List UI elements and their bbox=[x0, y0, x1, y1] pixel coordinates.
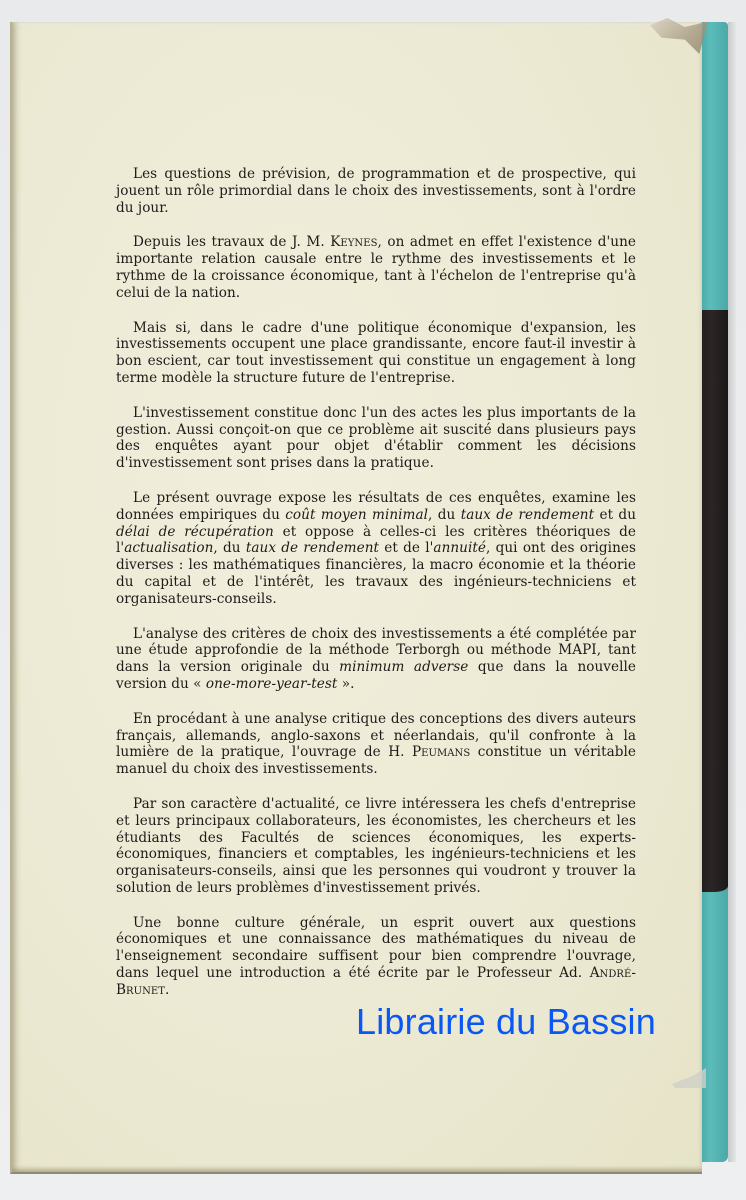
text-segment: Par son caractère d'actualité, ce livre … bbox=[116, 796, 636, 896]
text-segment: et du bbox=[594, 507, 636, 523]
text-segment: . bbox=[165, 982, 169, 998]
emphasis-text: minimum adverse bbox=[339, 659, 468, 675]
spine-shadow-edge bbox=[728, 22, 736, 1162]
author-name: Keynes bbox=[330, 234, 377, 250]
text-segment: Les questions de prévision, de programma… bbox=[116, 166, 636, 216]
emphasis-text: délai de récupération bbox=[116, 524, 274, 540]
blurb-paragraph: Depuis les travaux de J. M. Keynes, on a… bbox=[116, 234, 636, 301]
blurb-paragraph: Une bonne culture générale, un esprit ou… bbox=[116, 915, 636, 999]
bookseller-watermark: Librairie du Bassin bbox=[356, 1000, 656, 1044]
emphasis-text: annuité bbox=[433, 540, 486, 556]
text-segment: L'investissement constitue donc l'un des… bbox=[116, 405, 636, 471]
blurb-paragraph: En procédant à une analyse critique des … bbox=[116, 711, 636, 778]
emphasis-text: actualisation bbox=[124, 540, 213, 556]
emphasis-text: taux de rendement bbox=[246, 540, 379, 556]
text-segment: Une bonne culture générale, un esprit ou… bbox=[116, 915, 636, 981]
text-segment: , du bbox=[213, 540, 245, 556]
blurb-paragraph: Mais si, dans le cadre d'une politique é… bbox=[116, 320, 636, 387]
blurb-paragraph: Les questions de prévision, de programma… bbox=[116, 166, 636, 216]
text-segment: et de l' bbox=[379, 540, 433, 556]
emphasis-text: coût moyen minimal bbox=[285, 507, 428, 523]
author-name: Peumans bbox=[412, 744, 470, 760]
emphasis-text: taux de rendement bbox=[461, 507, 594, 523]
blurb-paragraph: L'investissement constitue donc l'un des… bbox=[116, 405, 636, 472]
blurb-paragraph: Par son caractère d'actualité, ce livre … bbox=[116, 796, 636, 897]
text-segment: ». bbox=[337, 676, 354, 692]
blurb-paragraph: L'analyse des critères de choix des inve… bbox=[116, 626, 636, 693]
blurb-paragraph: Le présent ouvrage expose les résultats … bbox=[116, 490, 636, 608]
text-segment: Mais si, dans le cadre d'une politique é… bbox=[116, 320, 636, 386]
blurb-text: Les questions de prévision, de programma… bbox=[116, 166, 636, 1017]
text-segment: Depuis les travaux de J. M. bbox=[133, 234, 330, 250]
text-segment: , du bbox=[428, 507, 461, 523]
emphasis-text: one-more-year-test bbox=[206, 676, 338, 692]
